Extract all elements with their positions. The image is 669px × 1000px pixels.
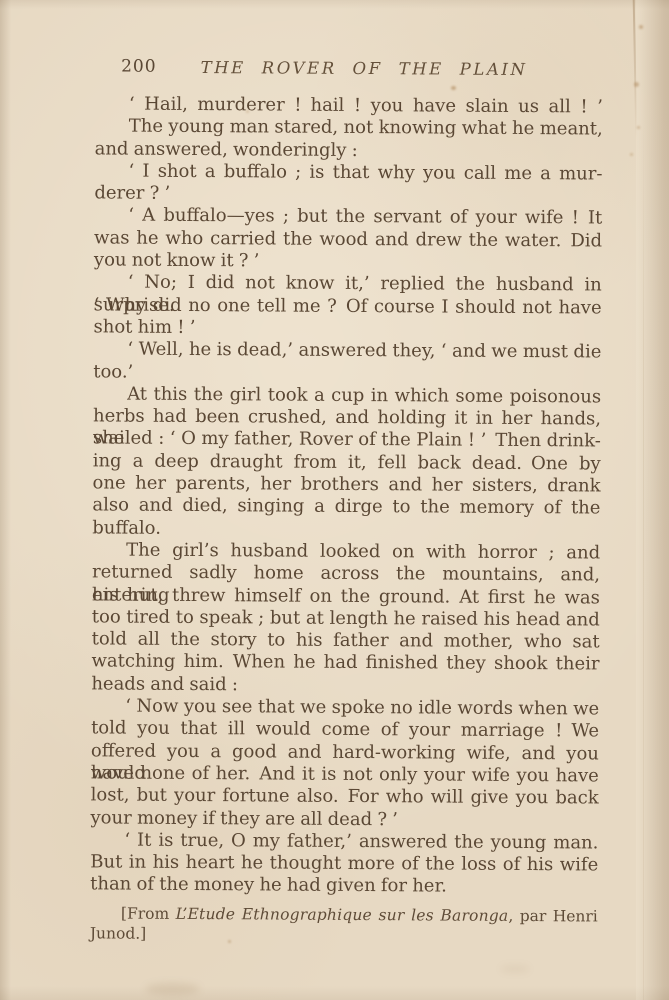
text-line: your money if they are all dead ? ’ — [90, 807, 598, 832]
text-line: also and died, singing a dirge to the me… — [92, 495, 600, 520]
text-line: buffalo. — [92, 517, 600, 542]
text-line: The girl’s husband looked on with horror… — [92, 539, 600, 564]
text-line: and answered, wonderingly : — [95, 138, 603, 163]
footer-citation: [From L’Etude Ethnographique sur les Bar… — [90, 903, 598, 946]
text-line: lost, but your fortune also. For who wil… — [91, 785, 599, 810]
citation-source-title: L’Etude Ethnographique sur les Baronga — [176, 905, 509, 925]
bottom-smudge — [500, 965, 530, 973]
text-line: ing a deep draught from it, fell back de… — [93, 450, 601, 475]
text-line: heads and said : — [91, 673, 599, 698]
text-line: But in his heart he thought more of the … — [90, 851, 598, 876]
text-line: too tired to speak ; but at length he ra… — [92, 606, 600, 631]
scan-tilt-wrapper: 200 THE ROVER OF THE PLAIN ‘ Hail, murde… — [0, 0, 669, 1000]
text-line: one her parents, her brothers and her si… — [93, 472, 601, 497]
foxing-spot — [637, 126, 640, 129]
foxing-spot — [630, 153, 633, 156]
text-line: returned sadly home across the mountains… — [92, 562, 600, 587]
text-line: derer ? ’ — [94, 183, 602, 208]
text-line: shot him ! ’ — [93, 316, 601, 341]
page-header: 200 THE ROVER OF THE PLAIN — [95, 56, 603, 85]
text-line: wailed : ‘ O my father, Rover of the Pla… — [93, 428, 601, 453]
text-line: you not know it ? ’ — [94, 249, 602, 274]
citation-prefix: [From — [121, 905, 176, 923]
text-line: too.’ — [93, 361, 601, 386]
text-line: offered you a good and hard-working wife… — [91, 740, 599, 765]
bottom-smudge — [145, 983, 200, 995]
running-title: THE ROVER OF THE PLAIN — [95, 57, 633, 79]
foxing-spot — [246, 110, 249, 113]
text-line: was he who carried the wood and drew the… — [94, 227, 602, 252]
text-line: At this the girl took a cup in which som… — [93, 383, 601, 408]
text-line: told all the story to his father and mot… — [92, 628, 600, 653]
text-line: have none of her. And it is not only you… — [91, 762, 599, 787]
text-line: ‘ Well, he is dead,’ answered they, ‘ an… — [93, 339, 601, 364]
foxing-spot — [451, 86, 456, 90]
text-line: ‘ Now you see that we spoke no idle word… — [91, 695, 599, 720]
foxing-spot — [228, 940, 231, 943]
text-line: ‘ Hail, murderer ! hail ! you have slain… — [95, 93, 603, 118]
text-block: ‘ Hail, murderer ! hail ! you have slain… — [90, 93, 603, 899]
book-page-scan: 200 THE ROVER OF THE PLAIN ‘ Hail, murde… — [0, 0, 669, 1000]
text-line: ‘ No; I did not know it,’ replied the hu… — [94, 272, 602, 297]
text-line: than of the money he had given for her. — [90, 874, 598, 899]
text-line: ‘ It is true, O my father,’ answered the… — [90, 829, 598, 854]
text-line: ‘ A buffalo—yes ; but the servant of you… — [94, 205, 602, 230]
text-line: ‘ I shot a buffalo ; is that why you cal… — [94, 160, 602, 185]
text-line: his hut, threw himself on the ground. At… — [92, 584, 600, 609]
text-line: watching him. When he had finished they … — [91, 651, 599, 676]
text-line: told you that ill would come of your mar… — [91, 718, 599, 743]
text-line: herbs had been crushed, and holding it i… — [93, 406, 601, 431]
foxing-spot — [639, 25, 643, 29]
text-line: The young man stared, not knowing what h… — [95, 116, 603, 141]
foxing-spot — [634, 82, 639, 87]
text-line: ‘ Why did no one tell me ? Of course I s… — [94, 294, 602, 319]
page-edge-faint-line — [643, 120, 644, 1000]
